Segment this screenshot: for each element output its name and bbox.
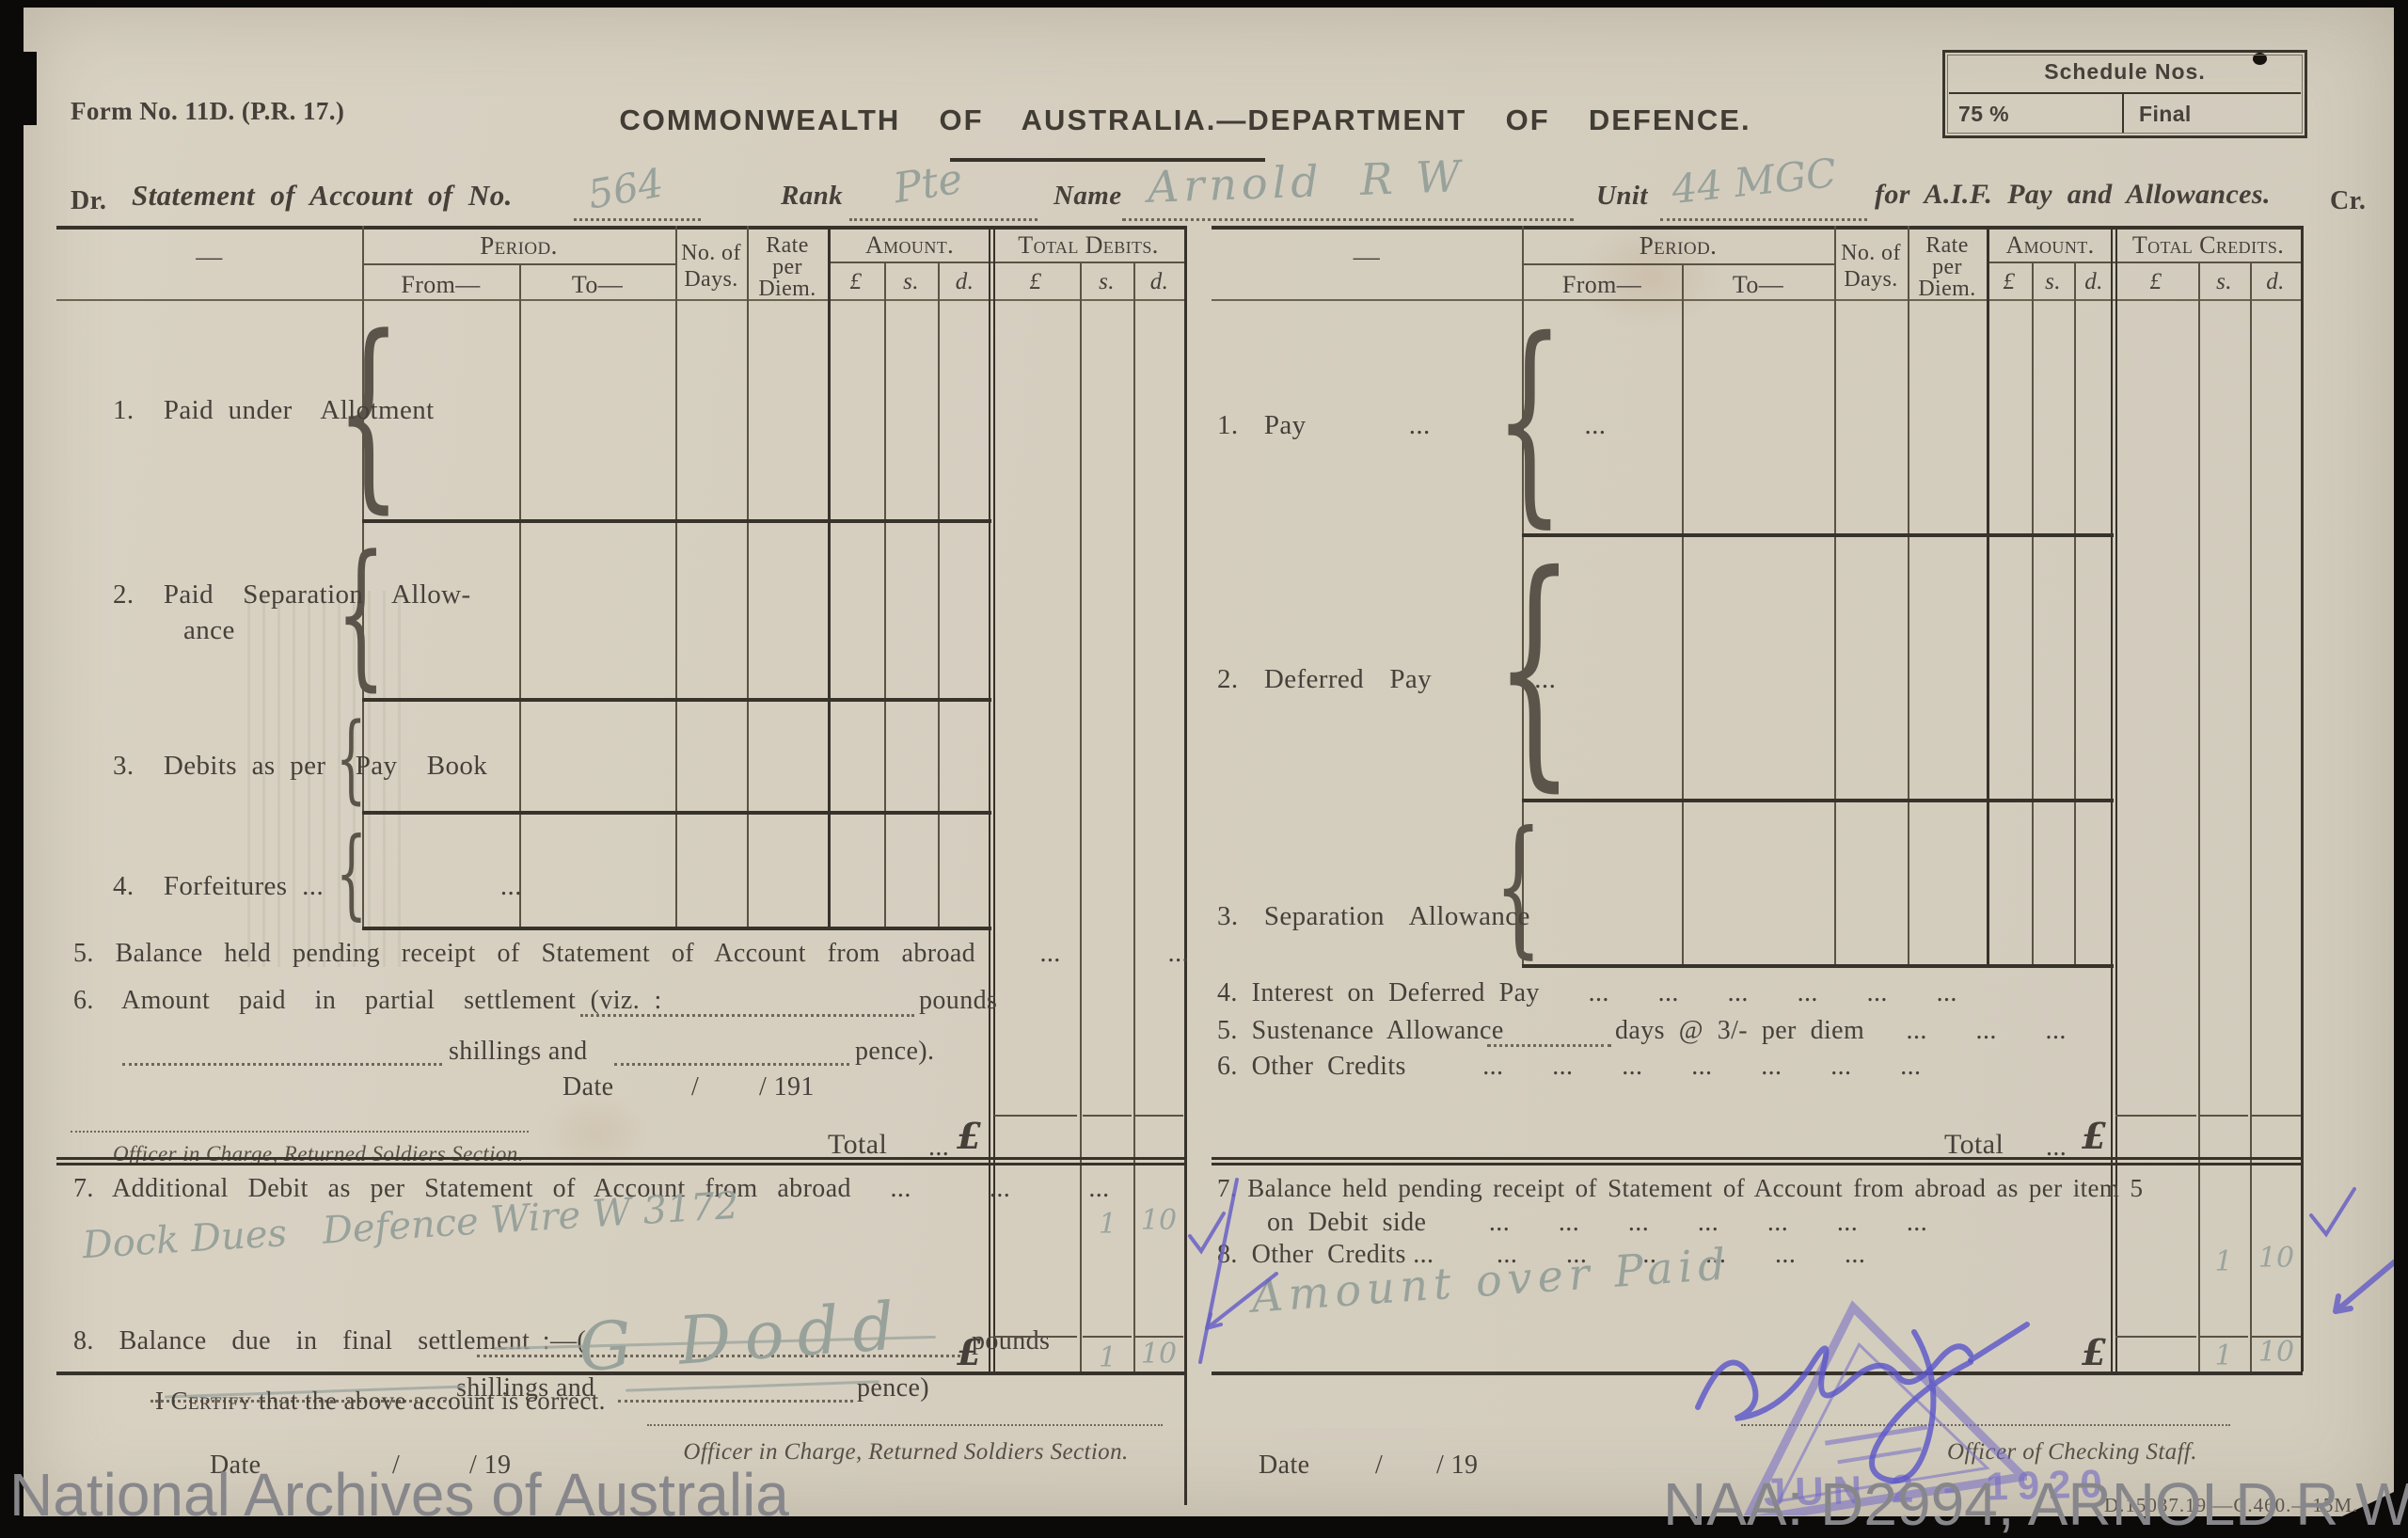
- col-s: s.: [2198, 269, 2250, 296]
- col-days: No. of: [1834, 241, 1908, 267]
- grid-line: [2301, 226, 2304, 1372]
- grid-line: [519, 263, 521, 927]
- col-d: d.: [938, 269, 991, 296]
- col-period: Period.: [362, 231, 675, 261]
- signature-line: [647, 1424, 1163, 1426]
- col-d: d.: [2074, 269, 2114, 296]
- grid-line: [828, 262, 991, 263]
- credit-row-5-label: 5. Sustenance Allowance: [1217, 1016, 1504, 1046]
- grid-line: [938, 262, 940, 927]
- debit-row-6-pence: pence).: [855, 1037, 934, 1067]
- grid-line: [362, 811, 991, 815]
- dotted-blank: [849, 218, 1038, 221]
- debit-row-6-shillings: shillings and: [449, 1037, 588, 1067]
- schedule-percent: 75 %: [1958, 102, 2009, 126]
- col-days: Days.: [675, 267, 747, 293]
- grid-line: [362, 519, 991, 523]
- grid-line: [675, 226, 677, 927]
- col-to: To—: [1682, 271, 1834, 299]
- col-amount: Amount.: [1987, 231, 2114, 260]
- total-underline: [2200, 1115, 2248, 1117]
- credit-final-shillings-value: 1: [2200, 1340, 2247, 1372]
- credit-row-4-label: 4. Interest on Deferred Pay ... ... ... …: [1217, 978, 1957, 1008]
- checking-date-slash: /: [1375, 1451, 1383, 1481]
- grid-line: [1522, 799, 2114, 802]
- grid-line: [1522, 964, 2114, 968]
- paper-notch: [24, 52, 37, 125]
- statement-label: Statement of Account of No.: [132, 179, 513, 213]
- total-underline: [994, 1115, 1077, 1117]
- total-underline: [2252, 1115, 2301, 1117]
- col-d: d.: [2250, 269, 2301, 296]
- arrow-icon: [2336, 1262, 2394, 1311]
- rank-label: Rank: [781, 181, 843, 212]
- col-rate: Diem.: [1908, 277, 1987, 303]
- credit-final-pound-sign: £: [2082, 1332, 2107, 1373]
- check-icon: [2311, 1189, 2354, 1234]
- form-number: Form No. 11D. (P.R. 17.): [71, 97, 344, 126]
- debit-final-shillings-value: 1: [1082, 1341, 1133, 1374]
- debit-date-slash: /: [691, 1072, 699, 1102]
- col-description-dash: —: [56, 243, 362, 273]
- schedule-final: Final: [2139, 102, 2192, 126]
- dotted-blank: [574, 218, 701, 221]
- col-total-credits: Total Credits.: [2114, 231, 2303, 260]
- grid-line: [828, 226, 831, 927]
- total-underline: [2115, 1115, 2196, 1117]
- total-underline: [1135, 1115, 1183, 1117]
- col-days: No. of: [675, 241, 747, 267]
- row-brace: {: [336, 534, 386, 692]
- grid-line: [1908, 226, 1909, 964]
- debit-total-pound-sign: £: [957, 1116, 982, 1157]
- col-pound: £: [2114, 269, 2198, 296]
- grid-line: [2198, 262, 2200, 1372]
- debit-row-2-label: ance: [183, 615, 235, 646]
- col-s: s.: [884, 269, 938, 296]
- credit-row-6-label: 6. Other Credits ... ... ... ... ... ...…: [1217, 1052, 1921, 1082]
- grid-line: [1184, 226, 1187, 1505]
- unit-label: Unit: [1596, 181, 1648, 212]
- grid-line: [1212, 226, 2303, 230]
- grid-line: [2114, 262, 2303, 263]
- grid-line: [991, 262, 1185, 263]
- certify-text: I: [155, 1387, 171, 1415]
- credit-row-5-rest: days @ 3/- per diem ... ... ...: [1615, 1016, 2067, 1046]
- col-s: s.: [1080, 269, 1133, 296]
- debit-row-8-label: 8. Balance due in final settlement :—(: [73, 1326, 586, 1356]
- credit-row-2-label: 2. Deferred Pay ...: [1217, 664, 1556, 695]
- grid-line: [56, 226, 1185, 230]
- for-aif-label: for A.I.F. Pay and Allowances.: [1875, 179, 2271, 212]
- col-rate: Diem.: [747, 277, 828, 303]
- debit-row-2-label: 2. Paid Separation Allow-: [113, 579, 471, 610]
- grid-line: [1987, 262, 2114, 263]
- dotted-blank: [1660, 218, 1867, 221]
- grid-line: [1522, 263, 1834, 265]
- debit-final-pound-sign: £: [957, 1332, 982, 1373]
- naa-watermark-left: National Archives of Australia: [9, 1460, 789, 1530]
- credit-row-7-label: on Debit side ... ... ... ... ... ... ..…: [1267, 1208, 1927, 1238]
- debit-date-label: Date: [562, 1072, 613, 1102]
- debit-row-6-label: 6. Amount paid in partial settlement (vi…: [73, 986, 662, 1016]
- grid-line: [56, 1372, 1185, 1375]
- grid-line: [2032, 262, 2034, 964]
- debit-row-1-label: 1. Paid under Allotment: [113, 395, 435, 426]
- service-number-handwritten: 564: [584, 159, 666, 217]
- grid-line: [747, 226, 749, 927]
- grid-line: [362, 927, 991, 930]
- schedule-title: Schedule Nos.: [1945, 59, 2305, 84]
- schedule-box: Schedule Nos. 75 % Final: [1942, 50, 2307, 138]
- name-label: Name: [1053, 181, 1121, 212]
- debit-row-4-label: 4. Forfeitures ... ...: [113, 871, 522, 902]
- dotted-blank: [1122, 218, 1574, 221]
- pencil-strike: [626, 1380, 879, 1391]
- total-underline: [1083, 1115, 1132, 1117]
- dotted-blank: [618, 1400, 853, 1403]
- dotted-blank: [580, 1014, 914, 1017]
- dotted-blank: [1487, 1044, 1611, 1047]
- checking-date-year: / 19: [1436, 1451, 1478, 1481]
- form-paper: Form No. 11D. (P.R. 17.) COMMONWEALTH OF…: [24, 8, 2394, 1516]
- tick-stroke: [1200, 1180, 1237, 1362]
- col-period: Period.: [1522, 231, 1834, 261]
- certify-text: that the above account is correct.: [252, 1387, 606, 1415]
- rank-value-handwritten: Pte: [890, 155, 965, 214]
- col-total-debits: Total Debits.: [991, 231, 1185, 260]
- col-days: Days.: [1834, 267, 1908, 293]
- col-to: To—: [519, 271, 675, 299]
- credit-total-pound-sign: £: [2082, 1116, 2107, 1157]
- col-amount: Amount.: [828, 231, 991, 260]
- grid-line: [1212, 299, 2303, 301]
- section-divider: [56, 1157, 1185, 1165]
- debit-row-8-pence: pence): [857, 1373, 929, 1403]
- document-title: COMMONWEALTH OF AUSTRALIA.—DEPARTMENT OF…: [550, 103, 1820, 137]
- grid-line: [1212, 1372, 2303, 1375]
- grid-line: [1834, 226, 1836, 964]
- total-underline: [2115, 1336, 2196, 1338]
- debit-row-3-label: 3. Debits as per Pay Book: [113, 751, 487, 782]
- grid-line: [2074, 262, 2076, 964]
- credit-row-3-label: 3. Separation Allowance: [1217, 901, 1530, 932]
- total-underline: [1083, 1336, 1132, 1338]
- col-pound: £: [991, 269, 1080, 296]
- dotted-blank: [614, 1063, 849, 1066]
- dr-label: Dr.: [71, 186, 106, 216]
- grid-line: [56, 299, 1185, 301]
- grid-line: [1682, 263, 1684, 964]
- checking-date-label: Date: [1259, 1451, 1309, 1481]
- grid-line: [1987, 226, 1989, 964]
- naa-watermark-right: NAA: D2994, ARNOLD R W: [1663, 1469, 2408, 1538]
- name-value-handwritten: Arnold R W: [1147, 151, 1465, 213]
- grid-line: [2122, 92, 2124, 133]
- debit-row-8-pounds: pounds: [972, 1326, 1050, 1356]
- credit-row-7-label: 7. Balance held pending receipt of State…: [1217, 1174, 2143, 1203]
- col-pound: £: [828, 269, 884, 296]
- grid-line: [1080, 262, 1082, 1372]
- row-brace: {: [1495, 812, 1542, 960]
- cr-label: Cr.: [2330, 186, 2366, 216]
- credit-row-8-pence-value: 10: [2253, 1242, 2300, 1275]
- debit-final-pence-value: 10: [1134, 1338, 1183, 1371]
- debit-date-year: / 191: [759, 1072, 815, 1102]
- certify-statement: I Certify that the above account is corr…: [155, 1387, 606, 1416]
- credit-row-1-label: 1. Pay ... ...: [1217, 410, 1606, 441]
- debit-row-6-pounds: pounds: [919, 986, 997, 1016]
- grid-line: [2250, 262, 2252, 1372]
- debit-row-7-shillings-value: 1: [1082, 1208, 1133, 1241]
- total-underline: [994, 1336, 1077, 1338]
- signature-line: [71, 1131, 529, 1133]
- grid-line: [1949, 92, 2301, 94]
- credit-final-pence-value: 10: [2253, 1336, 2300, 1369]
- unit-value-handwritten: 44 MGC: [1670, 150, 1839, 213]
- col-s: s.: [2032, 269, 2074, 296]
- debit-row-5-label: 5. Balance held pending receipt of State…: [73, 939, 1189, 969]
- debit-row-7-pence-value: 10: [1134, 1204, 1183, 1237]
- col-description-dash: —: [1212, 243, 1522, 273]
- section-divider: [1212, 1157, 2303, 1165]
- certify-text: Certify: [171, 1387, 252, 1415]
- dotted-blank: [122, 1063, 442, 1066]
- col-pound: £: [1987, 269, 2032, 296]
- scanned-document-page: { "watermark": { "left": "National Archi…: [0, 0, 2408, 1538]
- grid-line: [1522, 533, 2114, 537]
- col-d: d.: [1133, 269, 1185, 296]
- credit-row-8-shillings-value: 1: [2200, 1245, 2247, 1278]
- grid-line: [362, 698, 991, 702]
- grid-line: [884, 262, 886, 927]
- signature-line: [1741, 1424, 2230, 1426]
- total-underline: [2200, 1336, 2248, 1338]
